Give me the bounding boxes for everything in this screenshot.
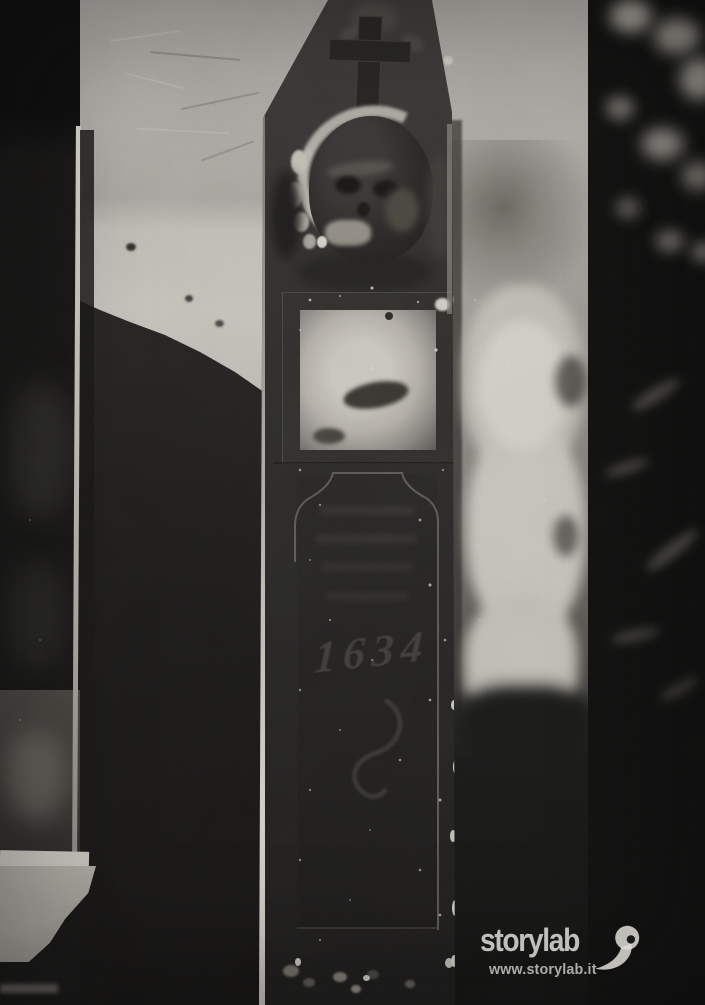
snail-dot (443, 56, 453, 65)
foliage-bokeh (616, 198, 640, 218)
scratch-mark (181, 92, 260, 111)
foliage-bokeh (642, 128, 684, 160)
stele-right-edge-highlight (447, 124, 452, 314)
plaster-speck (215, 320, 224, 327)
rubble-stone (333, 972, 347, 982)
foliage-bokeh (682, 162, 705, 190)
rubble-stone (303, 978, 315, 987)
foliage-branch-streak (629, 374, 683, 415)
scratch-mark (150, 51, 240, 61)
scratch-mark (135, 128, 230, 135)
cemetery-stele-photograph: 1634 (0, 0, 705, 1005)
foliage-branch-streak (603, 455, 650, 480)
rubble-bright-chip (295, 958, 301, 966)
plaster-speck (185, 295, 193, 302)
foliage-bokeh (610, 0, 652, 32)
rubble-stone (283, 965, 299, 977)
niche-inner-glow (8, 380, 72, 520)
scratch-mark (201, 141, 253, 162)
foliage-branch-streak (609, 625, 660, 646)
foliage-branch-streak (643, 526, 701, 576)
plaster-notch (555, 355, 587, 407)
rubble-stone (405, 980, 415, 988)
base-rubble (255, 946, 470, 1005)
bottom-left-streak (0, 984, 58, 993)
rubble-stone (351, 985, 361, 993)
rubble-bright-chip (363, 975, 370, 981)
eroded-inscription-line (315, 534, 417, 544)
foliage-bokeh (680, 58, 705, 100)
scratch-mark (126, 73, 185, 89)
plaster-patch-right (455, 275, 595, 745)
inscription-panel-border (255, 0, 470, 1005)
niche-top-dark (0, 0, 80, 160)
wall-scratches (80, 10, 290, 190)
watermark-url: www.storylab.it (489, 962, 597, 977)
foliage-bokeh (692, 242, 705, 262)
niche-jamb-shadow (80, 130, 94, 860)
niche-inner-glow (6, 560, 66, 670)
eroded-inscription-line (319, 506, 415, 515)
plaster-notch (553, 515, 579, 557)
foliage-bokeh (654, 18, 700, 54)
foliage-bokeh (656, 230, 684, 252)
foliage-bokeh (606, 96, 634, 120)
niche-fog (6, 730, 66, 820)
scratch-mark (110, 30, 180, 42)
watermark-brand: storylab (480, 924, 579, 956)
foliage-branch-streak (658, 674, 699, 704)
foliage-background (588, 0, 705, 1005)
watermark: storylab www.storylab.it (480, 922, 705, 988)
window-sill-highlight (0, 850, 89, 868)
eroded-inscription-line (325, 592, 409, 601)
eroded-inscription-line (321, 562, 413, 571)
stele: 1634 (255, 0, 470, 1005)
plaster-speck (126, 243, 136, 251)
